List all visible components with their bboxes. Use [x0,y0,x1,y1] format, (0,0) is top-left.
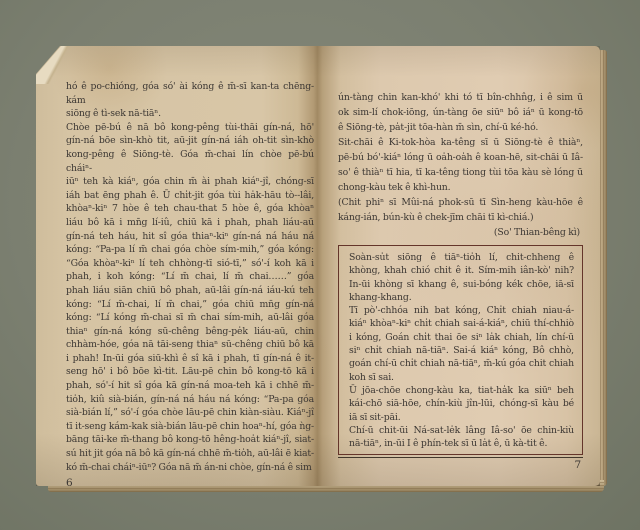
text-line: chong-kàu tek ê khì-hun. [338,180,583,195]
text-line: (Chit phiⁿ sī Mûi-ná phok-sū tī Sìn-heng… [338,195,583,210]
paragraph: (So' Thian-bêng kì) [338,225,583,240]
text-line: goán chí-ū chi̍t chiah nā-tiāⁿ, m̄-kú gó… [349,357,574,370]
text-line: siōng ê tì-sek nā-tiāⁿ. [66,107,314,121]
text-line: phah, só'-í hit sî góa kā gín-ná moa-teh… [66,379,314,393]
text-line: khòaⁿ-kiⁿ 7 hòe ê teh chau-that 5 hòe ê,… [66,202,314,216]
text-line: nā-tiāⁿ, in-ūi I ê phín-tek sī ū la̍t ê,… [349,437,574,450]
text-line: Soàn-su̍t siōng ê tiāⁿ-tio̍h lí, chit-ch… [349,251,574,264]
text-line: Ū jōa-chōe chong-kàu ka, tiat-ha̍k ka si… [349,384,574,397]
text-line: ê Siōng-tè, pa̍t-jit tōa-hàn m̄ sìn, chí… [338,120,583,135]
text-line: Chòe pē-bú ê nā bô kong-pêng tùi-thāi gí… [66,121,314,135]
text-line: sià-bián lí,” só'-í góa chòe lāu-pē chin… [66,406,314,420]
text-line: koh sī sai. [349,371,574,384]
paragraph: hó ê po-chióng, góa só' ài kóng ê m̄-sī … [66,80,314,121]
text-line: ún-tàng chin kan-khó' khi tó tī bîn-chhn… [338,90,583,105]
text-line: siⁿ chi̍t chiah nā-tiāⁿ. Sai-á kiáⁿ kóng… [349,344,574,357]
text-line: phah, i koh kóng: “Lí m̄ chai, lí m̄ cha… [66,270,314,284]
text-line: i kóng, Goán chi̍t thai ōe siⁿ la̍k chia… [349,331,574,344]
text-line: khòng, khah chió chit ê it. Sím-mih iân-… [349,264,574,277]
text-line: sú hit jit góa nā bô kā gín-ná chhē m̄-t… [66,447,314,461]
paragraph: Chí-ū chit-ūi Ná-sat-le̍k lâng Iâ-so' ōe… [349,424,574,451]
text-line: so' ê thiàⁿ tī hia, tī ka-têng tiong tùi… [338,165,583,180]
text-line: tio̍h, kiû sià-bián, gín-ná ná háu ná kó… [66,393,314,407]
text-line: kóng: “Lí kóng m̄-chai sī m̄ chai sím-mi… [66,311,314,325]
text-line: chhàm-hóe, góa nā tāi-seng thiaⁿ sū-chên… [66,338,314,352]
text-line: ok sim-lí chok-iōng, ún-tàng ōe siūⁿ bô … [338,105,583,120]
boxed-excerpt: Soàn-su̍t siōng ê tiāⁿ-tio̍h lí, chit-ch… [338,245,583,455]
text-line: Tī pò'-chhóa nih bat kóng, Chi̍t chiah n… [349,304,574,317]
text-line: seng hō' i bô bōe kì-tit. Lāu-pē chin bô… [66,365,314,379]
text-line: tī it-seng kám-kak sià-bián lāu-pē chin … [66,420,314,434]
paragraph: ún-tàng chin kan-khó' khi tó tī bîn-chhn… [338,90,583,135]
photo-backdrop: hó ê po-chióng, góa só' ài kóng ê m̄-sī … [0,0,640,530]
text-line: bāng tāi-ke m̄-thang bô kong-tō hêng-hoa… [66,433,314,447]
paragraph: Ū jōa-chōe chong-kàu ka, tiat-ha̍k ka si… [349,384,574,424]
text-line: “Góa khòaⁿ-kiⁿ lí teh chhòng-tī sió-tī,”… [66,257,314,271]
text-line: liáu bô kā i mn̄g lí-iû, chiū kā i phah,… [66,216,314,230]
paragraph: Soàn-su̍t siōng ê tiāⁿ-tio̍h lí, chit-ch… [349,251,574,304]
text-line: kóng: “Lí m̄-chai, lí m̄ chai,” góa chiū… [66,298,314,312]
text-line: phah liáu siān chiū bô phah, aū-lâi gín-… [66,284,314,298]
text-line: In-ūi khòng sī khang ê, sui-bóng kék chō… [349,278,574,291]
left-page: hó ê po-chióng, góa só' ài kóng ê m̄-sī … [66,80,314,489]
right-page-text: ún-tàng chin kan-khó' khi tó tī bîn-chhn… [338,90,583,240]
text-line: kái-chō siā-hōe, chín-kiù jîn-lūi, chóng… [349,397,574,410]
paragraph: Sit-chāi ê Ki-tok-hòa ka-têng sī ū Siōng… [338,135,583,195]
text-line: kóng: “Pa-pa lí m̄ chai góa chòe sím-mih… [66,243,314,257]
dog-eared-corner [36,46,70,84]
paragraph: (Chit phiⁿ sī Mûi-ná phok-sū tī Sìn-heng… [338,195,583,225]
paragraph: Tī pò'-chhóa nih bat kóng, Chi̍t chiah n… [349,304,574,384]
book-spread: hó ê po-chióng, góa só' ài kóng ê m̄-sī … [36,46,600,486]
footer-rule [338,457,583,458]
text-line: i phah! In-ūi góa siū-khì ê sî kā i phah… [66,352,314,366]
text-line: pē-bú bó'-kiáⁿ lóng ū oa̍h-oa̍h ê koan-h… [338,150,583,165]
page-number-right: 7 [338,459,583,471]
text-line: gín-ná bōe sìn-khò tit, aū-jit gín-ná iá… [66,134,314,148]
text-line: thiaⁿ gín-ná kóng sū-chêng bêng-pe̍k liá… [66,325,314,339]
text-line: káng-ián, bún-kù ê chek-jīm chāi tī kì-c… [338,210,583,225]
text-line: khang-khang. [349,291,574,304]
right-page: ún-tàng chin kan-khó' khi tó tī bîn-chhn… [338,90,583,471]
text-line: iáh bat ēng phah ê. Ū chi̍t-jit góa tùi … [66,189,314,203]
text-line: iūⁿ teh kà kiáⁿ, góa chin m̄ ài phah kiá… [66,175,314,189]
text-line: hó ê po-chióng, góa só' ài kóng ê m̄-sī … [66,80,314,107]
text-line: iā sī sit-pāi. [349,411,574,424]
text-line: kiáⁿ khòaⁿ-kiⁿ chi̍t chiah sai-á-kiáⁿ, c… [349,317,574,330]
text-line: (So' Thian-bêng kì) [338,225,583,240]
left-page-text: hó ê po-chióng, góa só' ài kóng ê m̄-sī … [66,80,314,474]
text-line: Chí-ū chit-ūi Ná-sat-le̍k lâng Iâ-so' ōe… [349,424,574,437]
text-line: gín-ná teh háu, hit sî góa thiaⁿ-kiⁿ gín… [66,230,314,244]
open-book: hó ê po-chióng, góa só' ài kóng ê m̄-sī … [36,42,612,498]
text-line: Sit-chāi ê Ki-tok-hòa ka-têng sī ū Siōng… [338,135,583,150]
text-line: kó m̄-chai cháiⁿ-iūⁿ? Góa nā m̄ án-ni ch… [66,461,314,475]
paragraph: Chòe pē-bú ê nā bô kong-pêng tùi-thāi gí… [66,121,314,474]
text-line: kong-pêng ê Siōng-tè. Góa m̄-chai lín ch… [66,148,314,175]
